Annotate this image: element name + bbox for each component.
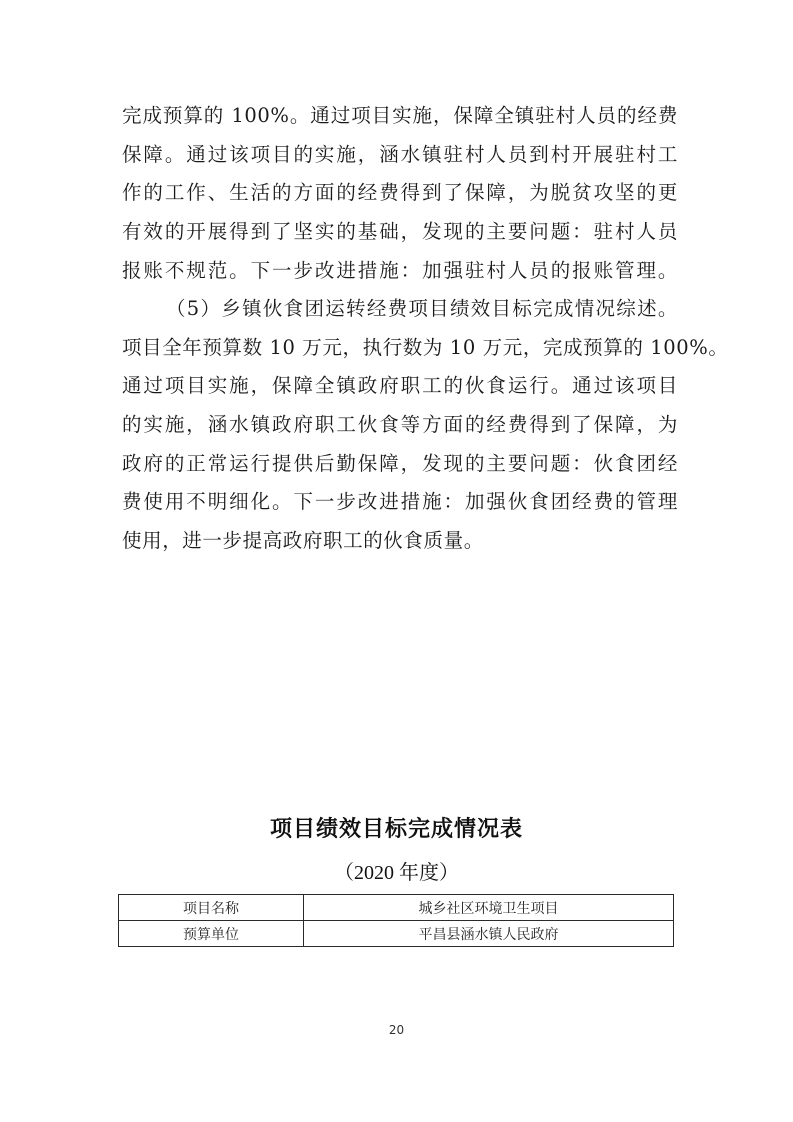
text-line: 报账不规范。下一步改进措施：加强驻村人员的报账管理。 bbox=[122, 252, 678, 291]
table-cell-value: 城乡社区环境卫生项目 bbox=[304, 895, 674, 921]
text-line: 完成预算的 100%。通过项目实施，保障全镇驻村人员的经费 bbox=[122, 97, 678, 136]
paragraph-5-canteen-fund: （5）乡镇伙食团运转经费项目绩效目标完成情况综述。 项目全年预算数 10 万元，… bbox=[122, 290, 678, 561]
text-line: 作的工作、生活的方面的经费得到了保障，为脱贫攻坚的更 bbox=[122, 174, 678, 213]
page-number: 20 bbox=[0, 1023, 793, 1037]
text-line: 保障。通过该项目的实施，涵水镇驻村人员到村开展驻村工 bbox=[122, 136, 678, 175]
text-line: 通过项目实施，保障全镇政府职工的伙食运行。通过该项目 bbox=[122, 367, 678, 406]
paragraph-4-continuation: 完成预算的 100%。通过项目实施，保障全镇驻村人员的经费 保障。通过该项目的实… bbox=[122, 97, 678, 290]
table-row: 预算单位 平昌县涵水镇人民政府 bbox=[119, 921, 674, 947]
text-line: 政府的正常运行提供后勤保障，发现的主要问题：伙食团经 bbox=[122, 445, 678, 484]
table-cell-label: 预算单位 bbox=[119, 921, 304, 947]
table-cell-value: 平昌县涵水镇人民政府 bbox=[304, 921, 674, 947]
text-line: 使用，进一步提高政府职工的伙食质量。 bbox=[122, 522, 678, 561]
table-row: 项目名称 城乡社区环境卫生项目 bbox=[119, 895, 674, 921]
table-subtitle-year: （2020 年度） bbox=[0, 856, 793, 885]
text-line: 项目全年预算数 10 万元，执行数为 10 万元，完成预算的 100%。 bbox=[122, 329, 678, 368]
text-line: 有效的开展得到了坚实的基础，发现的主要问题：驻村人员 bbox=[122, 213, 678, 252]
section-heading-line: （5）乡镇伙食团运转经费项目绩效目标完成情况综述。 bbox=[122, 290, 678, 329]
table-title: 项目绩效目标完成情况表 bbox=[0, 812, 793, 843]
text-line: 的实施，涵水镇政府职工伙食等方面的经费得到了保障，为 bbox=[122, 406, 678, 445]
table-cell-label: 项目名称 bbox=[119, 895, 304, 921]
performance-table: 项目名称 城乡社区环境卫生项目 预算单位 平昌县涵水镇人民政府 bbox=[118, 894, 674, 947]
text-line: 费使用不明细化。下一步改进措施：加强伙食团经费的管理 bbox=[122, 483, 678, 522]
